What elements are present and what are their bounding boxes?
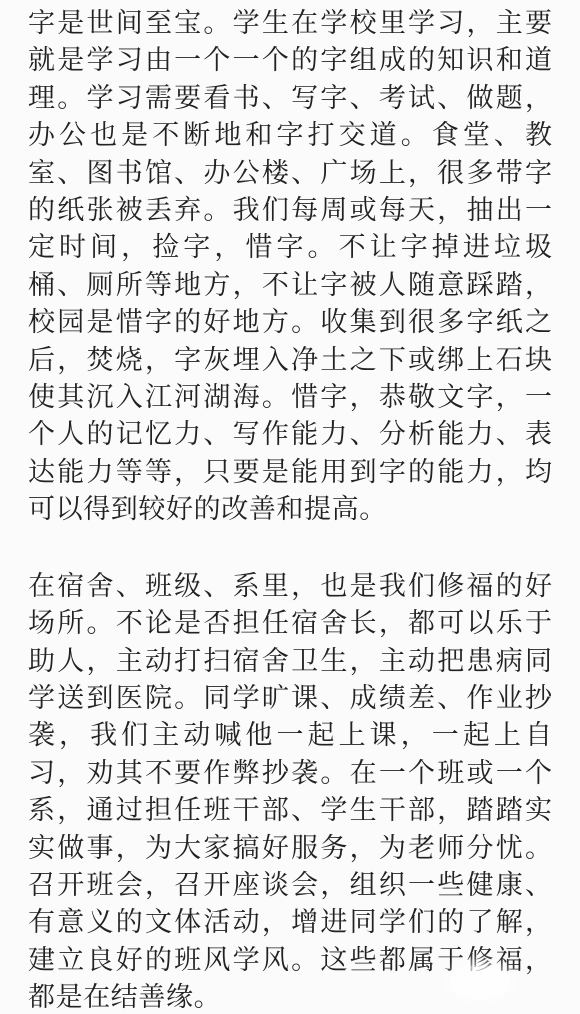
text-line: 的纸张被丢弃。我们每周或每天，抽出一 [28, 192, 552, 229]
text-line: 在宿舍、班级、系里，也是我们修福的好 [28, 568, 552, 605]
text-line: 建立良好的班风学风。这些都属于修福， [28, 942, 552, 979]
reading-page: 字是世间至宝。学生在学校里学习，主要就是学习由一个一个的字组成的知识和道理。学习… [0, 0, 580, 1014]
text-line: 系，通过担任班干部、学生干部，踏踏实 [28, 792, 552, 829]
paragraph: 字是世间至宝。学生在学校里学习，主要就是学习由一个一个的字组成的知识和道理。学习… [28, 5, 552, 529]
text-line: 达能力等等，只要是能用到字的能力，均 [28, 454, 552, 491]
text-line: 室、图书馆、办公楼、广场上，很多带字 [28, 155, 552, 192]
text-line: 办公也是不断地和字打交道。食堂、教 [28, 117, 552, 154]
text-line: 定时间，捡字，惜字。不让字掉进垃圾 [28, 229, 552, 266]
text-line: 学送到医院。同学旷课、成绩差、作业抄 [28, 680, 552, 717]
text-line: 都是在结善缘。 [28, 979, 552, 1014]
text-line: 理。学习需要看书、写字、考试、做题， [28, 80, 552, 117]
text-line: 校园是惜字的好地方。收集到很多字纸之 [28, 304, 552, 341]
text-line: 袭，我们主动喊他一起上课，一起上自 [28, 717, 552, 754]
text-line: 可以得到较好的改善和提高。 [28, 491, 552, 528]
text-line: 就是学习由一个一个的字组成的知识和道 [28, 42, 552, 79]
text-line: 有意义的文体活动，增进同学们的了解， [28, 904, 552, 941]
article-text: 字是世间至宝。学生在学校里学习，主要就是学习由一个一个的字组成的知识和道理。学习… [28, 5, 552, 1014]
text-line: 后，焚烧，字灰埋入净土之下或绑上石块 [28, 342, 552, 379]
text-line: 场所。不论是否担任宿舍长，都可以乐于 [28, 605, 552, 642]
text-line: 字是世间至宝。学生在学校里学习，主要 [28, 5, 552, 42]
text-line: 习，劝其不要作弊抄袭。在一个班或一个 [28, 755, 552, 792]
text-line: 使其沉入江河湖海。惜字，恭敬文字，一 [28, 379, 552, 416]
text-line: 召开班会，召开座谈会，组织一些健康、 [28, 867, 552, 904]
text-line: 个人的记忆力、写作能力、分析能力、表 [28, 416, 552, 453]
paragraph: 在宿舍、班级、系里，也是我们修福的好场所。不论是否担任宿舍长，都可以乐于助人，主… [28, 568, 552, 1014]
text-line: 助人，主动打扫宿舍卫生，主动把患病同 [28, 643, 552, 680]
text-line: 实做事，为大家搞好服务，为老师分忧。 [28, 830, 552, 867]
text-line: 桶、厕所等地方，不让字被人随意踩踏， [28, 267, 552, 304]
